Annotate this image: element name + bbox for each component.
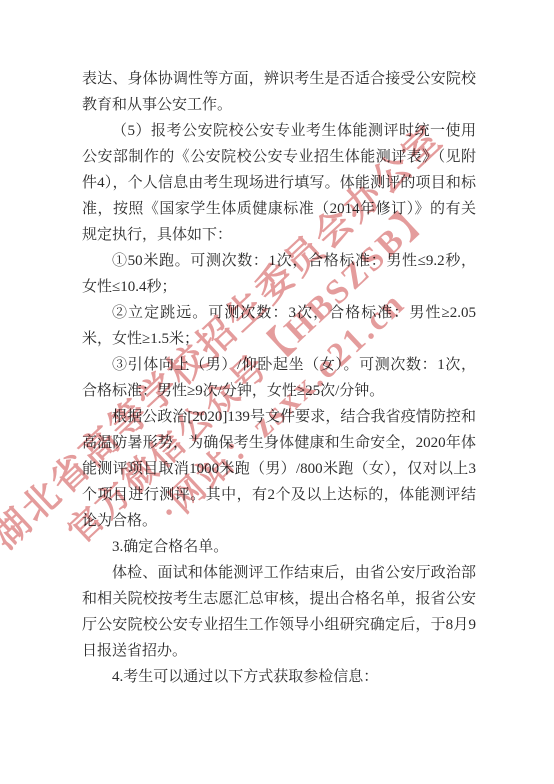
document-body: 表达、身体协调性等方面，辨识考生是否适合接受公安院校教育和从事公安工作。（5）报… [82, 66, 476, 690]
paragraph: （5）报考公安院校公安专业考生体能测评时统一使用公安部制作的《公安院校公安专业招… [82, 118, 476, 248]
paragraph: 4.考生可以通过以下方式获取参检信息： [82, 664, 476, 690]
paragraph: 根据公政治[2020]139号文件要求，结合我省疫情防控和高温防暑形势，为确保考… [82, 404, 476, 534]
paragraph: ③引体向上（男）/仰卧起坐（女）。可测次数：1次，合格标准：男性≥9次/分钟，女… [82, 352, 476, 404]
paragraph: 表达、身体协调性等方面，辨识考生是否适合接受公安院校教育和从事公安工作。 [82, 66, 476, 118]
paragraph: 3.确定合格名单。 [82, 534, 476, 560]
document-page: 湖北省高等学校招生委员会办公室官方微信公众号【HBSZSB】·网站：zsxx.e… [0, 0, 554, 784]
paragraph: 体检、面试和体能测评工作结束后，由省公安厅政治部和相关院校按考生志愿汇总审核，提… [82, 560, 476, 664]
paragraph: ①50米跑。可测次数：1次，合格标准：男性≤9.2秒，女性≤10.4秒； [82, 248, 476, 300]
paragraph: ②立定跳远。可测次数：3次，合格标准：男性≥2.05米，女性≥1.5米； [82, 300, 476, 352]
